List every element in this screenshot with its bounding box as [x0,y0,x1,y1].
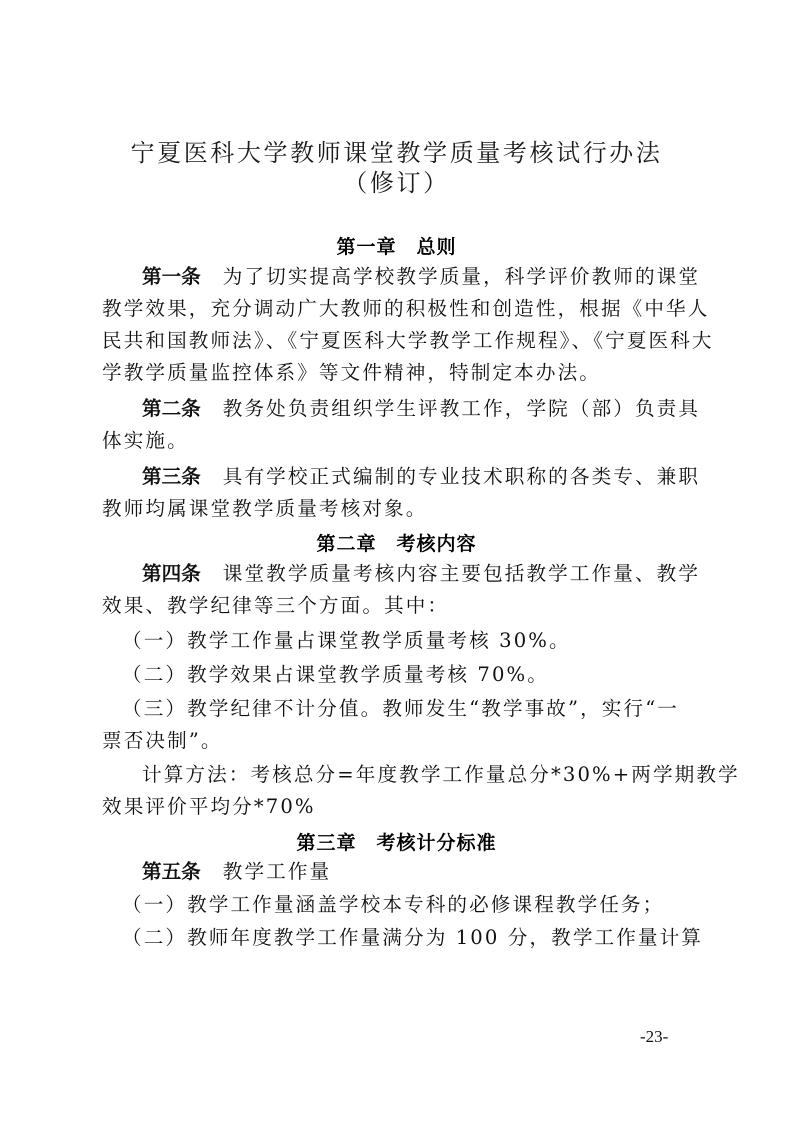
article-4-line-1: 第四条课堂教学质量考核内容主要包括教学工作量、教学 [142,562,727,586]
article-4-item-3: （三）教学纪律不计分值。教师发生“教学事故”，实行“一 [122,697,707,721]
article-3-line-2: 教师均属课堂教学质量考核对象。 [102,497,687,521]
document-page: 宁夏医科大学教师课堂教学质量考核试行办法 （修订） 第一章 总则 第一条为了切实… [0,0,793,1122]
article-3-line-1: 第三条具有学校正式编制的专业技术职称的各类专、兼职 [142,465,727,489]
chapter-heading-3: 第三章 考核计分标准 [0,828,793,855]
article-label: 第五条 [142,860,201,883]
paragraph-text: 教务处负责组织学生评教工作，学院（部）负责具 [223,397,700,420]
article-2-line-1: 第二条教务处负责组织学生评教工作，学院（部）负责具 [142,397,727,421]
article-2-line-2: 体实施。 [102,429,687,453]
calculation-method-line-1: 计算方法：考核总分=年度教学工作量总分*30%+两学期教学 [142,763,727,787]
article-5-item-2: （二）教师年度教学工作量满分为 100 分，教学工作量计算 [122,926,707,950]
calculation-method-line-2: 效果评价平均分*70% [102,795,687,819]
article-5-item-1: （一）教学工作量涵盖学校本专科的必修课程教学任务； [122,893,707,917]
article-label: 第四条 [142,562,201,585]
article-4-item-2: （二）教学效果占课堂教学质量考核 70%。 [122,663,707,687]
article-1-line-3: 民共和国教师法》、《宁夏医科大学教学工作规程》、《宁夏医科大 [102,329,687,353]
article-1-line-2: 教学效果，充分调动广大教师的积极性和创造性，根据《中华人 [102,297,687,321]
article-4-line-2: 效果、教学纪律等三个方面。其中： [102,594,687,618]
paragraph-text: 教学工作量 [223,860,331,883]
page-number: -23- [640,1027,668,1047]
paragraph-text: 课堂教学质量考核内容主要包括教学工作量、教学 [223,562,700,585]
article-1-line-4: 学教学质量监控体系》等文件精神，特制定本办法。 [102,361,687,385]
chapter-heading-2: 第二章 考核内容 [0,529,793,556]
article-5-line-1: 第五条教学工作量 [142,860,727,884]
article-label: 第一条 [142,265,201,288]
article-label: 第三条 [142,465,201,488]
article-4-item-3-cont: 票否决制”。 [102,729,687,753]
article-1-line-1: 第一条为了切实提高学校教学质量，科学评价教师的课堂 [142,265,727,289]
paragraph-text: 具有学校正式编制的专业技术职称的各类专、兼职 [223,465,700,488]
paragraph-text: 为了切实提高学校教学质量，科学评价教师的课堂 [223,265,700,288]
document-subtitle: （修订） [0,163,793,198]
article-label: 第二条 [142,397,201,420]
article-4-item-1: （一）教学工作量占课堂教学质量考核 30%。 [122,629,707,653]
chapter-heading-1: 第一章 总则 [0,232,793,259]
